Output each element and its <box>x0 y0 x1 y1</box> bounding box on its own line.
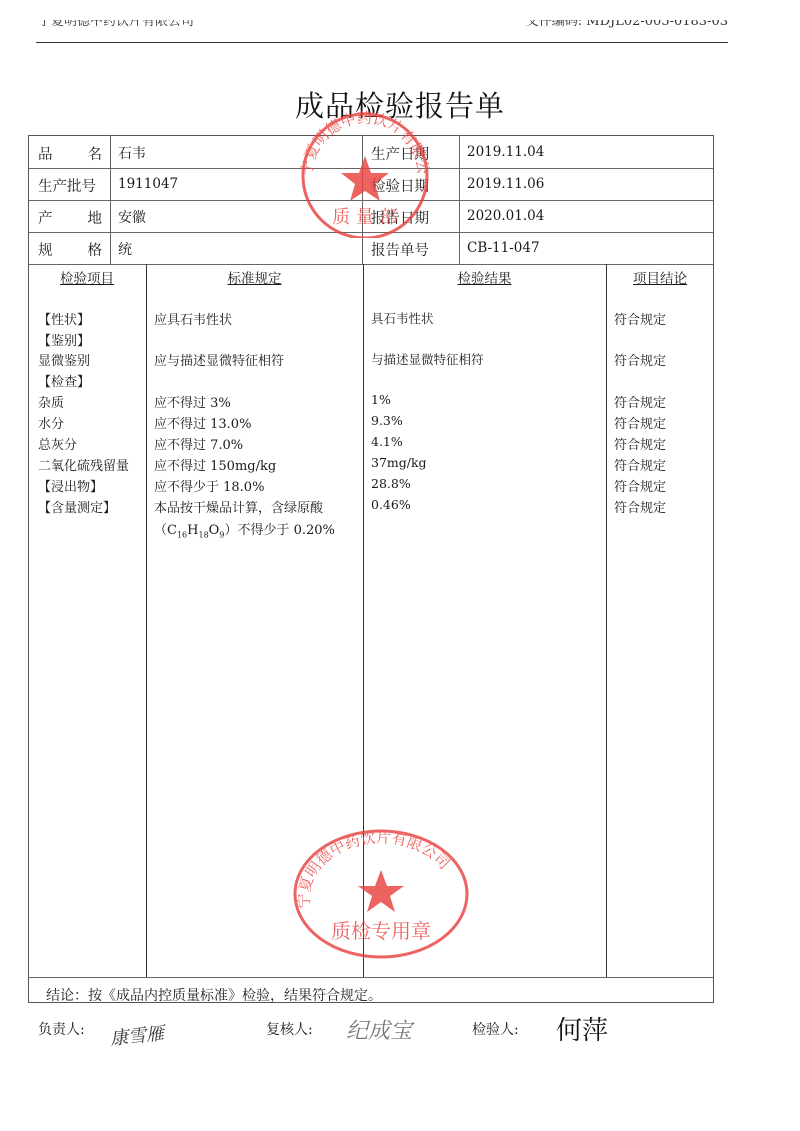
row-item: 二氧化硫残留量 <box>38 455 129 474</box>
divider <box>28 977 714 978</box>
row-item: 杂质 <box>38 392 64 411</box>
row-conclusion: 符合规定 <box>614 392 666 411</box>
row-item: 【性状】 <box>38 309 90 328</box>
row-result: 9.3% <box>371 413 403 428</box>
header-divider <box>36 42 728 43</box>
inspector-label: 检验人: <box>472 1019 519 1039</box>
row-standard: 应不得过 7.0% <box>154 434 243 453</box>
row-item: 显微鉴别 <box>38 350 90 369</box>
reviewer-signature: 纪成宝 <box>346 1014 412 1045</box>
row-result: 具石韦性状 <box>371 309 434 327</box>
divider <box>28 264 714 265</box>
row-conclusion: 符合规定 <box>614 455 666 474</box>
divider <box>146 264 147 977</box>
row-result: 4.1% <box>371 434 403 449</box>
divider <box>28 232 714 233</box>
row-item: 【鉴别】 <box>38 330 90 349</box>
row-conclusion: 符合规定 <box>614 309 666 328</box>
batch-value: 1911047 <box>118 176 178 192</box>
row-standard: 应与描述显微特征相符 <box>154 350 284 369</box>
divider <box>459 135 460 264</box>
row-result: 37mg/kg <box>371 455 427 470</box>
reviewer-label: 复核人: <box>266 1019 313 1039</box>
row-item: 总灰分 <box>38 434 77 453</box>
row-standard: 应不得过 13.0% <box>154 413 251 432</box>
report-date-value: 2020.01.04 <box>467 208 544 224</box>
divider <box>28 168 714 169</box>
column-header-result: 检验结果 <box>363 267 606 287</box>
origin-value: 安徽 <box>118 207 146 227</box>
report-title: 成品检验报告单 <box>0 84 800 125</box>
row-conclusion: 符合规定 <box>614 497 666 516</box>
row-conclusion: 符合规定 <box>614 413 666 432</box>
content-standard-continuation: （C16H18O9）不得少于 0.20% <box>154 519 335 540</box>
row-standard: 应不得过 150mg/kg <box>154 455 276 474</box>
divider <box>110 135 111 264</box>
column-header-conclusion: 项目结论 <box>606 267 714 287</box>
column-header-standard: 标准规定 <box>146 267 363 287</box>
row-item: 【含量测定】 <box>38 497 116 516</box>
report-number-value: CB-11-047 <box>467 240 540 256</box>
column-header-item: 检验项目 <box>28 267 146 287</box>
production-date-value: 2019.11.04 <box>467 144 544 160</box>
test-date-label: 检验日期 <box>371 175 429 196</box>
spec-label: 规格 <box>38 239 102 260</box>
row-standard: 应不得少于 18.0% <box>154 476 264 495</box>
product-name-label: 品名 <box>38 143 102 164</box>
row-standard: 本品按干燥品计算，含绿原酸 <box>154 497 323 516</box>
row-result: 与描述显微特征相符 <box>371 350 484 368</box>
product-name-value: 石韦 <box>118 143 146 163</box>
responsible-label: 负责人: <box>38 1019 85 1039</box>
row-result: 0.46% <box>371 497 411 512</box>
spec-value: 统 <box>118 239 132 259</box>
divider <box>606 264 607 977</box>
divider <box>362 135 363 264</box>
divider <box>28 200 714 201</box>
company-header: 宁夏明德中药饮片有限公司 <box>38 20 194 30</box>
origin-label: 产地 <box>38 207 102 228</box>
row-result: 1% <box>371 392 391 407</box>
batch-label: 生产批号 <box>38 175 96 196</box>
row-conclusion: 符合规定 <box>614 476 666 495</box>
row-item: 【检查】 <box>38 371 90 390</box>
test-date-value: 2019.11.06 <box>467 176 544 192</box>
overall-conclusion: 结论：按《成品内控质量标准》检验，结果符合规定。 <box>46 985 382 1005</box>
row-standard: 应具石韦性状 <box>154 309 232 328</box>
row-result: 28.8% <box>371 476 411 491</box>
production-date-label: 生产日期 <box>371 143 429 164</box>
report-date-label: 报告日期 <box>371 207 429 228</box>
divider <box>363 264 364 977</box>
row-conclusion: 符合规定 <box>614 434 666 453</box>
row-conclusion: 符合规定 <box>614 350 666 369</box>
responsible-signature: 康雪雁 <box>109 1019 165 1051</box>
row-item: 【浸出物】 <box>38 476 103 495</box>
report-table <box>28 135 714 1003</box>
row-item: 水分 <box>38 413 64 432</box>
report-number-label: 报告单号 <box>371 239 429 260</box>
document-code: 文件编码: MDJL02-005-0183-03 <box>526 20 728 30</box>
inspector-signature: 何萍 <box>556 1010 608 1047</box>
row-standard: 应不得过 3% <box>154 392 231 411</box>
